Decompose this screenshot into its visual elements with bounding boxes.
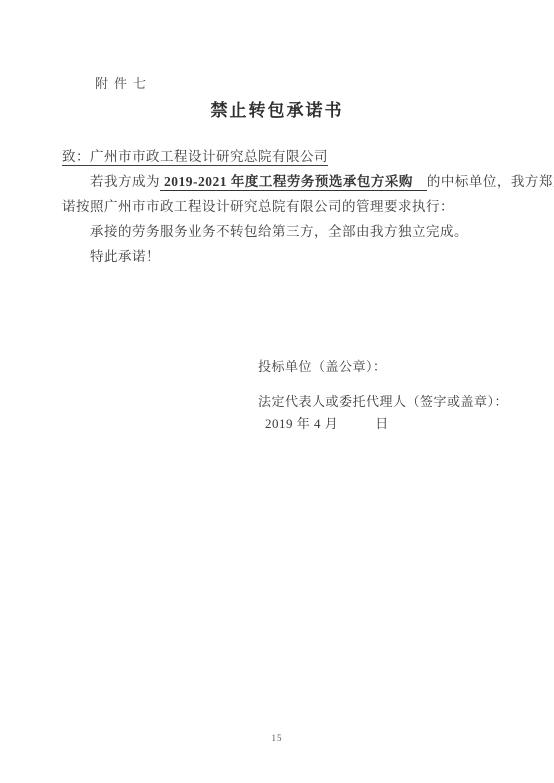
page-title: 禁止转包承诺书 [0,96,554,121]
body-line-hereby: 特此承诺！ [62,244,496,269]
attachment-label: 附件七 [95,73,152,92]
date-day-label: 日 [375,416,389,431]
representative-sign-line: 法定代表人或委托代理人（签字或盖章）： [258,391,508,410]
body-text-prefix: 若我方成为 [90,174,160,189]
date-line: 2019 年 4 月日 [258,413,508,432]
document-page: 附件七 禁止转包承诺书 致：广州市市政工程设计研究总院有限公司 若我方成为201… [0,0,554,783]
body-text-suffix: 的中标单位，我方郑重承 [427,174,554,189]
document-body: 致：广州市市政工程设计研究总院有限公司 若我方成为2019-2021 年度工程劳… [62,144,496,269]
addressee-text: 致：广州市市政工程设计研究总院有限公司 [62,149,328,166]
bidder-seal-line: 投标单位（盖公章）： [258,356,508,375]
signature-block: 投标单位（盖公章）： 法定代表人或委托代理人（签字或盖章）： 2019 年 4 … [258,356,508,432]
body-line-no-subcontract: 承接的劳务服务业务不转包给第三方，全部由我方独立完成。 [62,219,496,244]
body-line-commitment: 若我方成为2019-2021 年度工程劳务预选承包方采购的中标单位，我方郑重承 [62,169,496,194]
date-year-month: 2019 年 4 月 [265,416,338,431]
addressee-line: 致：广州市市政工程设计研究总院有限公司 [62,144,496,169]
project-name: 2019-2021 年度工程劳务预选承包方采购 [160,174,427,191]
body-line-continuation: 诺按照广州市市政工程设计研究总院有限公司的管理要求执行： [62,194,496,219]
page-number: 15 [0,733,554,743]
